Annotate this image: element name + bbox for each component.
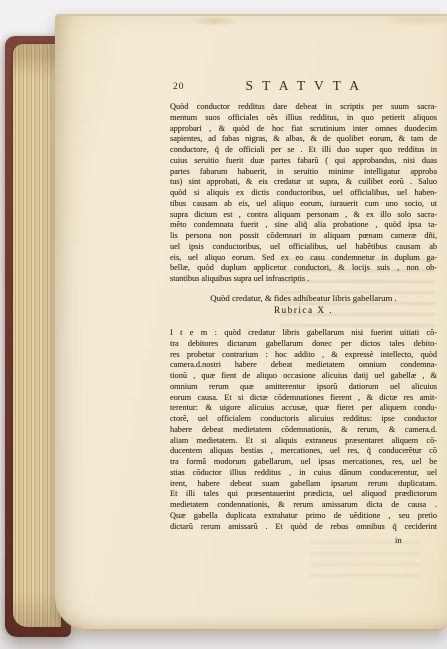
text-line: tra formã modorum gabellarum, uel ipsas … xyxy=(170,457,437,468)
text-line: tionũ , quæ fient de aliquo occasione al… xyxy=(170,371,437,382)
text-line: ctorẽ, uel officialem conductoris alicui… xyxy=(170,414,437,425)
text-line: mẽto condemnata fuerit , sine aliq̃ alia… xyxy=(170,220,437,231)
text-line: cuius seruitio fuerit duæ partes fabarũ … xyxy=(170,156,437,167)
catchword: in xyxy=(395,535,402,545)
text-line: I t e m : quòd credatur libris gabellaru… xyxy=(170,328,437,339)
book-page: 20 S T A T V T A Quòd conductor redditus… xyxy=(55,14,447,631)
text-line: ducentem aliquas bestias , mercationes, … xyxy=(170,446,437,457)
text-line: omnium rerum quæ amitterentur ipsorũ dat… xyxy=(170,382,437,393)
text-line: lis persona non possit cõdemnari in aliq… xyxy=(170,231,437,242)
text-line: aliam medietatem. Et si aliquis extraneu… xyxy=(170,436,437,447)
text-line: quòd si aliquis ex dictis conductoribus,… xyxy=(170,188,437,199)
text-line: tibus causam ab eis, uel aliquo eorum, i… xyxy=(170,199,437,210)
text-line: sapientes, ad fabas nigras, & albas, & d… xyxy=(170,134,437,145)
text-line: tus) sint approbati, & eis credatur ut s… xyxy=(170,177,437,188)
text-line: habere debeat medietatem cõdemnationis, … xyxy=(170,425,437,436)
text-line: stantibus aliquibus supra uel infrascrip… xyxy=(170,274,437,285)
text-line: approbari , & quòd de hoc fiat scrutiniu… xyxy=(170,124,437,135)
text-line: partes fabarum habuerit, in seruitio min… xyxy=(170,167,437,178)
text-line: stias cõductor illius redditus , in cuiu… xyxy=(170,468,437,479)
text-line: res probetur contrarium : hoc addito , &… xyxy=(170,350,437,361)
running-title: S T A T V T A xyxy=(170,78,437,94)
text-line: eis, uel aliquo eorum. Sed ex eo casu co… xyxy=(170,253,437,264)
text-line: Quæ gabella duplicata extrahatur primo d… xyxy=(170,511,437,522)
text-line: uel ipsis conductoribus, uel officialibu… xyxy=(170,242,437,253)
text-line: dictarũ rerum amissarũ . Et quòd de rebu… xyxy=(170,522,437,533)
page-stack-fore-edges xyxy=(13,44,61,627)
text-line: mentum suos officiales oẽs illius reddit… xyxy=(170,113,437,124)
text-line: supra dictum est , contra aliquam person… xyxy=(170,210,437,221)
text-line: Et illi tales qui præsentauerint prædict… xyxy=(170,489,437,500)
section-heading: Quòd credatur, & fides adhibeatur libris… xyxy=(170,292,437,317)
rubric-number: Rubrica X . xyxy=(170,304,437,317)
paragraph-2: I t e m : quòd credatur libris gabellaru… xyxy=(170,328,437,532)
text-line: conductore, q̃ de officiali per se . Et … xyxy=(170,145,437,156)
text-line: eorum causa. Et si dictæ cõdemnationes f… xyxy=(170,393,437,404)
verso-show-through-lower xyxy=(310,541,420,581)
text-line: irent, habere debeat suam gabellam ipsar… xyxy=(170,479,437,490)
text-line: camera.d.nostri habere debeat medietatem… xyxy=(170,360,437,371)
text-line: medietatem condennationis, & rerum amiss… xyxy=(170,500,437,511)
photo-backdrop: 20 S T A T V T A Quòd conductor redditus… xyxy=(0,0,447,649)
text-line: bellæ, quòd duplum applicetur conductori… xyxy=(170,263,437,274)
heading-title: Quòd credatur, & fides adhibeatur libris… xyxy=(170,292,437,304)
text-line: Quòd conductor redditus dare debeat in s… xyxy=(170,102,437,113)
text-line: tra debitores dictarum gabellarum donec … xyxy=(170,339,437,350)
text-line: terentur: & uigore alicuius accusæ, quæ … xyxy=(170,403,437,414)
paragraph-1: Quòd conductor redditus dare debeat in s… xyxy=(170,102,437,285)
